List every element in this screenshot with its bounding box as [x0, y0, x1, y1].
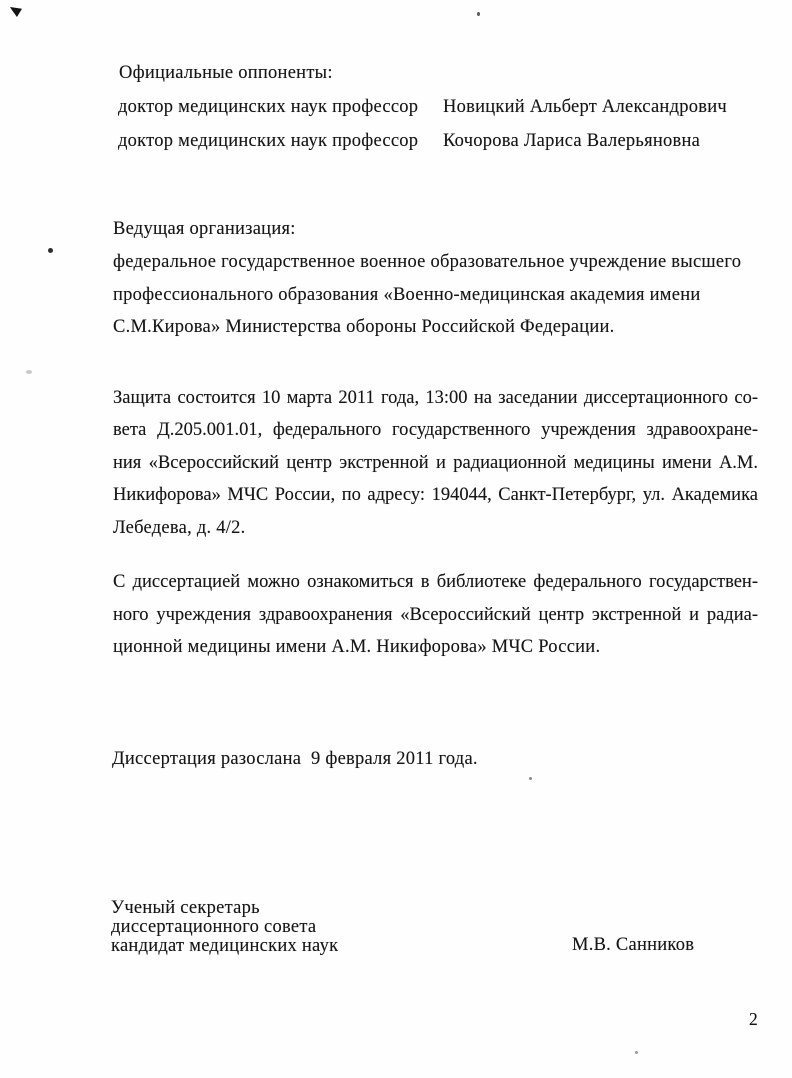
scan-speckle — [635, 1051, 638, 1054]
signature-title-line: кандидат медицинских наук — [111, 937, 338, 956]
scan-speckle — [26, 370, 32, 374]
defense-line: Никифорова» МЧС России, по адресу: 19404… — [113, 485, 758, 505]
opponent-degree: доктор медицинских наук профессор — [118, 131, 418, 151]
defense-line: Лебедева, д. 4/2. — [113, 518, 246, 538]
leading-org-line: С.М.Кирова» Министерства обороны Российс… — [113, 317, 615, 337]
opponent-degree: доктор медицинских наук профессор — [118, 97, 418, 117]
scan-speckle — [477, 12, 480, 16]
defense-line: ния «Всероссийский центр экстренной и ра… — [113, 453, 758, 473]
defense-line: вета Д.205.001.01, федерального государс… — [113, 420, 758, 440]
document-page: Официальные оппоненты: доктор медицински… — [0, 0, 792, 1078]
mailed-line: Диссертация разослана 9 февраля 2011 год… — [112, 749, 478, 769]
library-line: ционной медицины имени А.М. Никифорова» … — [113, 637, 600, 657]
scan-speckle — [529, 777, 532, 780]
opponent-name: Новицкий Альберт Александрович — [443, 97, 727, 117]
library-line: С диссертацией можно ознакомиться в библ… — [113, 572, 758, 592]
leading-org-heading: Ведущая организация: — [113, 219, 296, 239]
scan-speckle — [48, 248, 53, 253]
opponent-name: Кочорова Лариса Валерьяновна — [443, 131, 700, 151]
library-line: ного учреждения здравоохранения «Всеросс… — [113, 605, 758, 625]
signature-title-line: диссертационного совета — [111, 918, 316, 937]
signature-title-line: Ученый секретарь — [111, 899, 260, 918]
opponents-heading: Официальные оппоненты: — [119, 63, 333, 83]
defense-line: Защита состоится 10 марта 2011 года, 13:… — [113, 388, 758, 408]
leading-org-line: федеральное государственное военное обра… — [113, 252, 741, 272]
signature-name: М.В. Санников — [572, 936, 694, 955]
page-number: 2 — [749, 1009, 758, 1029]
leading-org-line: профессионального образования «Военно-ме… — [113, 285, 701, 305]
scan-artifact-triangle — [10, 7, 22, 17]
